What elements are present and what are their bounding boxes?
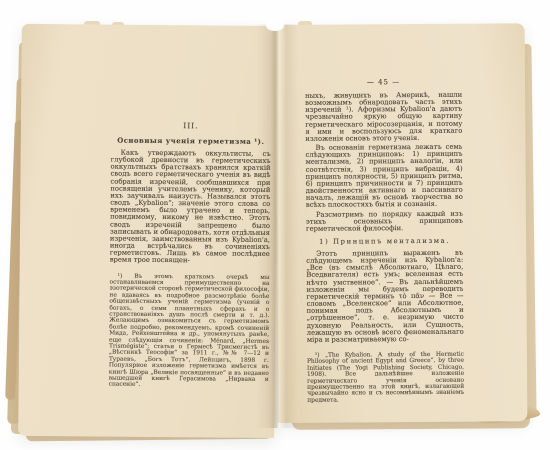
section-subheading: 1) Принципъ ментализма. [306, 237, 463, 246]
chapter-heading: Основныя ученія герметизма ¹). [111, 137, 271, 146]
chapter-number: III. [111, 121, 271, 131]
gutter-top-notch [266, 20, 284, 31]
paragraph: Этотъ принципъ выраженъ въ слѣдующемъ из… [306, 250, 464, 344]
right-page-text-column: — 45 — ныхъ, живущихъ въ Америкѣ, нашли … [305, 78, 464, 404]
book-photo: III. Основныя ученія герметизма ¹). Какъ… [0, 0, 550, 450]
right-page: — 45 — ныхъ, живущихъ въ Америкѣ, нашли … [275, 23, 528, 423]
left-page-footnote: ¹) Въ этомъ краткомъ очеркѣ мы останавли… [109, 273, 270, 390]
page-number: — 45 — [305, 78, 462, 87]
paragraph: ныхъ, живущихъ въ Америкѣ, нашли возможн… [305, 92, 462, 143]
right-page-footnote: ¹) „The Kybalion. A study of the Hermeti… [307, 352, 464, 404]
paragraph: Въ основаніи герметизма лежатъ семь слѣд… [305, 144, 462, 210]
left-page-body: Какъ утверждаютъ оккультисты, съ глубоко… [110, 150, 271, 266]
left-page: III. Основныя ученія герметизма ¹). Какъ… [18, 24, 278, 438]
paragraph: Разсмотримъ по порядку каждый изъ этихъ … [306, 210, 463, 233]
left-page-text-column: III. Основныя ученія герметизма ¹). Какъ… [109, 121, 271, 390]
